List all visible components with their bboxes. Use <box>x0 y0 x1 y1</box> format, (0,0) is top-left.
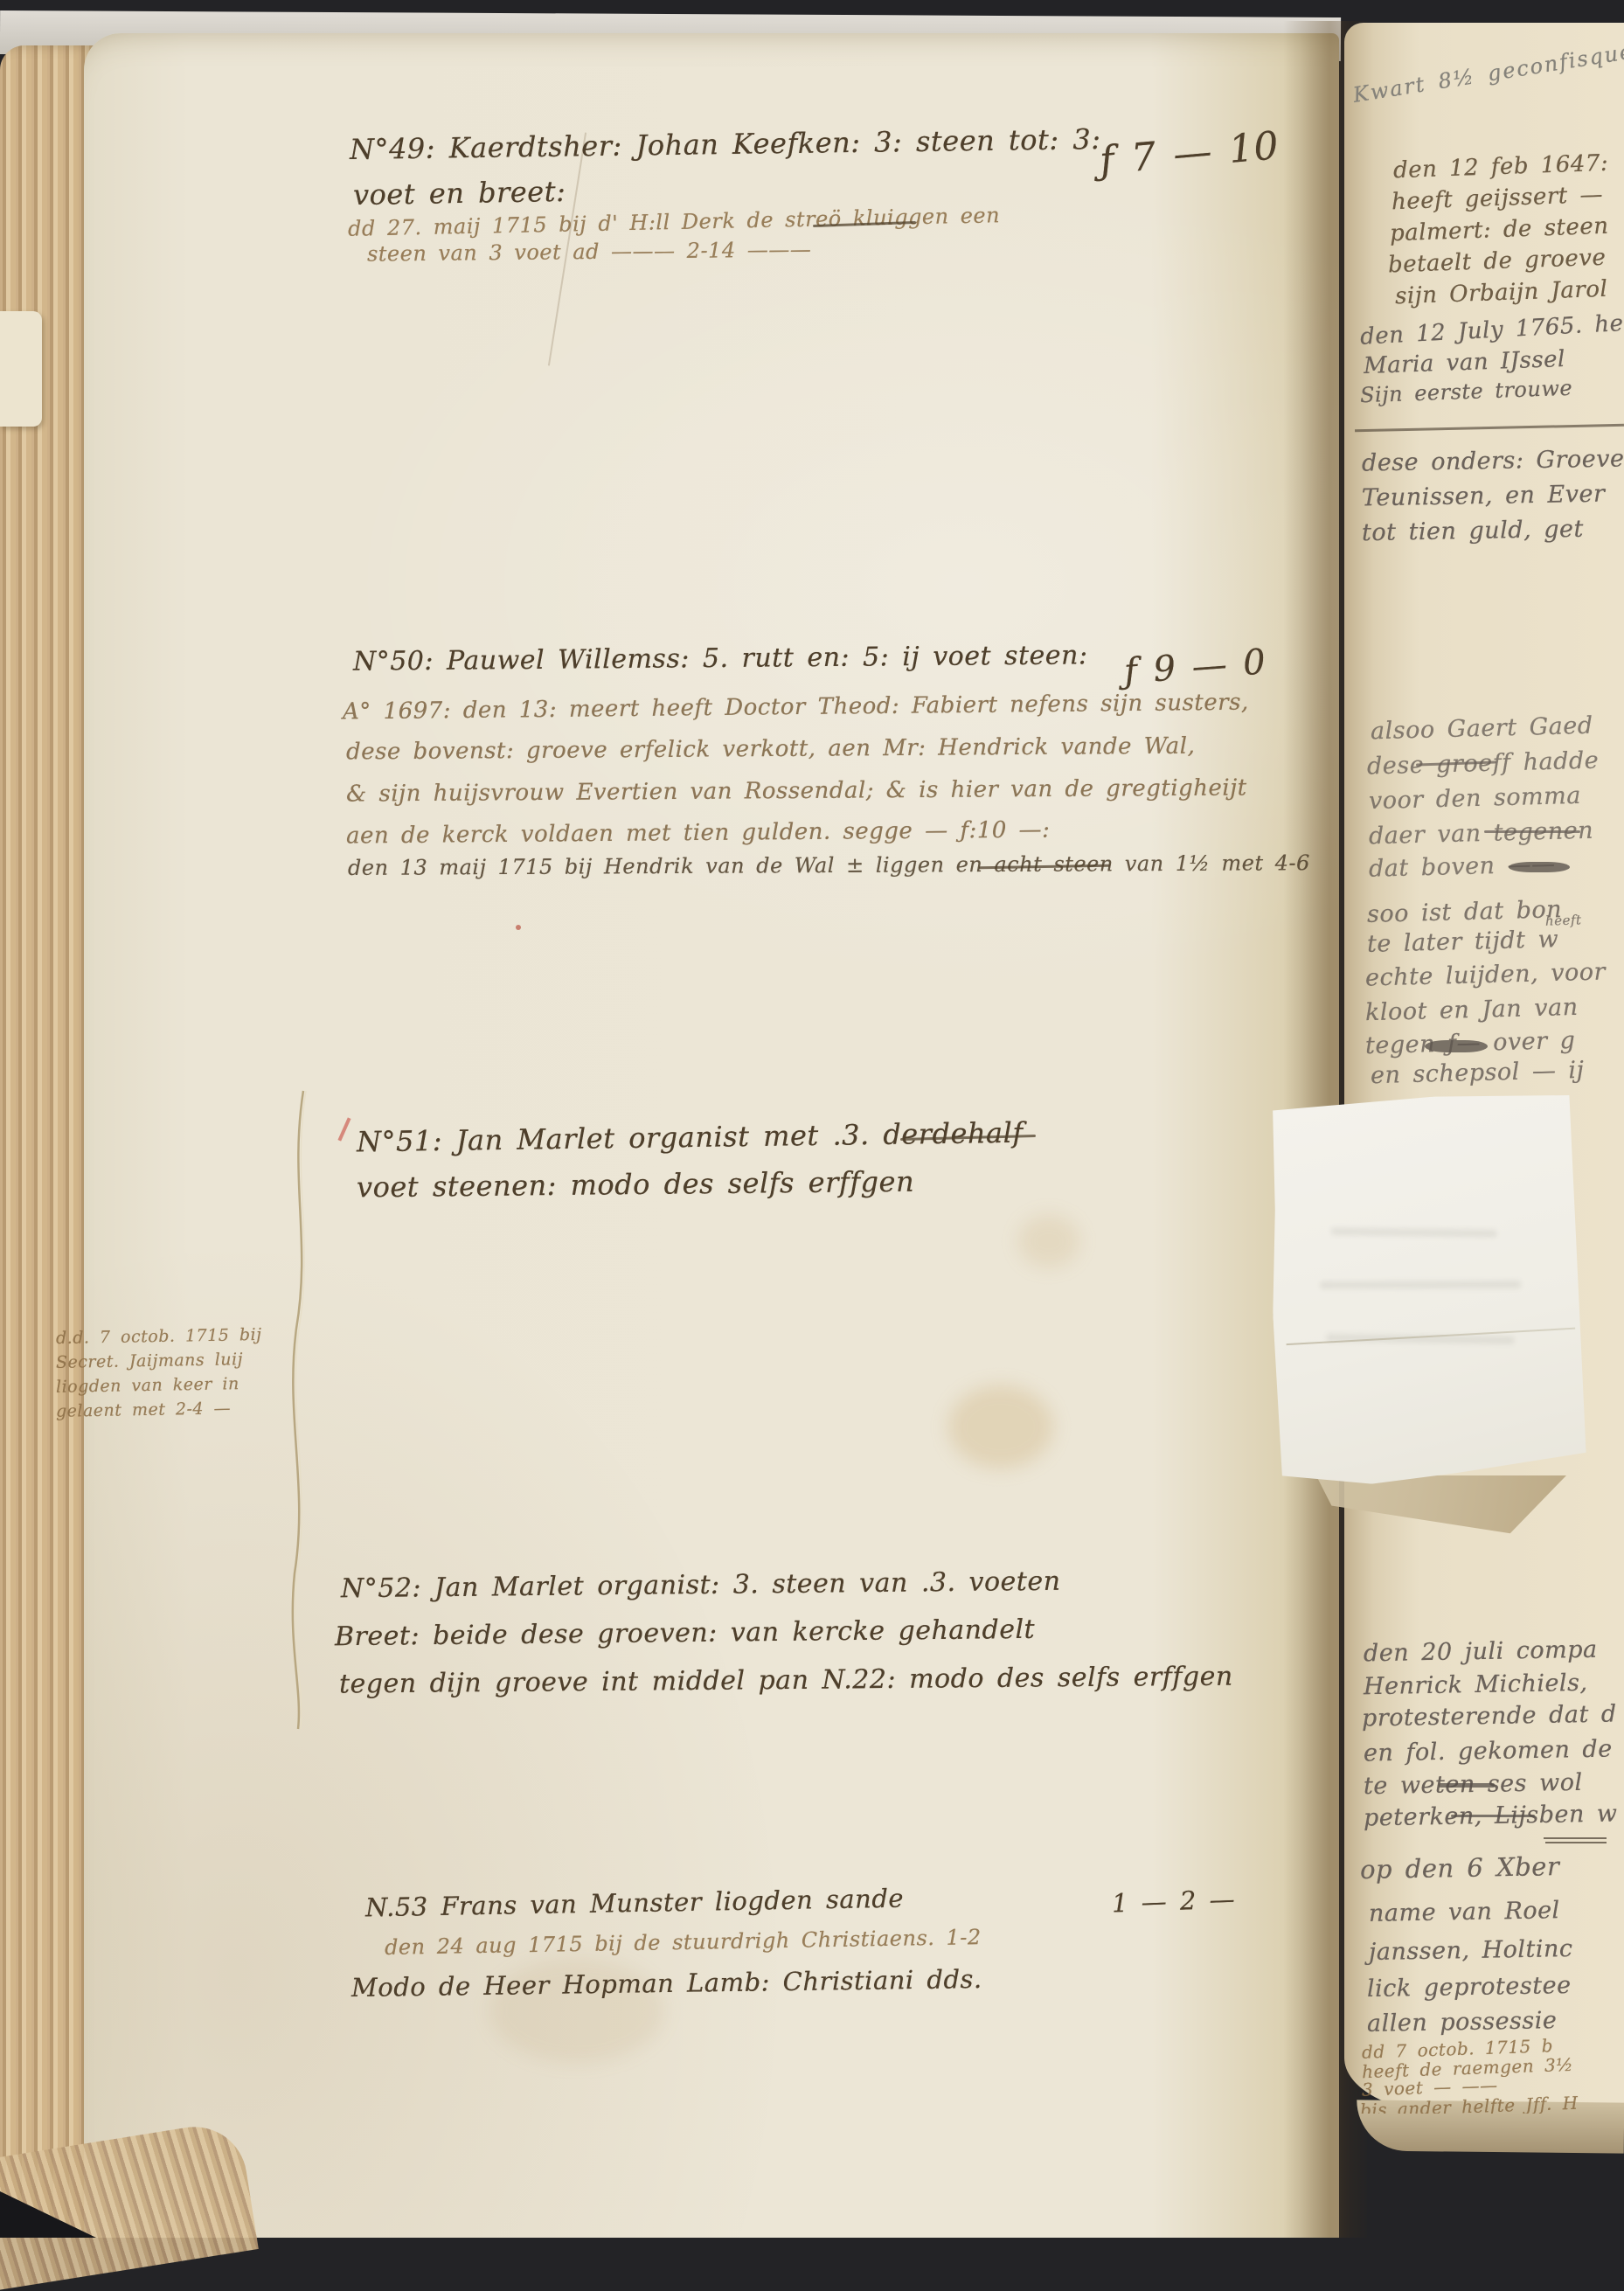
block-juli-line-4: en fol. gekomen de <box>1364 1736 1613 1767</box>
block-juli-line-2: Henrick Michiels, <box>1364 1670 1588 1700</box>
margin-note-line-1: d.d. 7 octob. 1715 bij <box>56 1325 262 1348</box>
strikethrough-mark <box>1484 830 1580 833</box>
strikethrough-mark <box>1439 1783 1495 1788</box>
block-juli-date-line: op den 6 Xber <box>1360 1851 1560 1885</box>
margin-note-line-2: Secret. Jaijmans luij <box>56 1350 243 1372</box>
block-name-line-1: name van Roel <box>1369 1897 1560 1927</box>
block-name-line-3: lick geprotestee <box>1367 1972 1572 2003</box>
entry-49-line-2: voet en breet: <box>353 175 566 212</box>
slip-showthrough-line <box>1331 1227 1497 1238</box>
block-1647-line-1: den 12 feb 1647: <box>1393 150 1609 184</box>
entry-49-note-2: steen van 3 voet ad ——— 2-14 ——— <box>367 237 812 266</box>
red-ink-dot <box>516 925 521 930</box>
block-gaert-line-6: soo ist dat bon <box>1367 896 1563 928</box>
strikethrough-mark <box>1451 1815 1535 1817</box>
margin-note-line-4: gelaent met 2-4 — <box>56 1399 231 1420</box>
block-name-line-4: allen possessie <box>1367 2007 1558 2038</box>
handwritten-divider-rule <box>1355 424 1624 432</box>
block-gaert-line-8: echte luijden, voor <box>1365 958 1607 991</box>
entry-50-line-1: N°50: Pauwel Willemss: 5. rutt en: 5: ij… <box>353 640 1088 677</box>
entry-50-note-1: den 13 maij 1715 bij Hendrik van de Wal … <box>348 850 1310 880</box>
ink-blot-strike <box>1509 862 1570 872</box>
block-1765-line-1: den 12 July 1765. hebb <box>1359 309 1624 351</box>
block-gaert-line-7: te later tijdt w <box>1367 926 1559 958</box>
block-name-line-2: janssen, Holtinc <box>1369 1935 1573 1966</box>
entry-53-amount: 1 — 2 — <box>1111 1885 1235 1919</box>
double-rule <box>1545 1842 1607 1843</box>
block-juli-line-1: den 20 juli compa <box>1364 1636 1598 1668</box>
block-juli-line-3: protesterende dat d <box>1362 1700 1617 1732</box>
block-1647-line-3: palmert: de steen <box>1390 213 1609 247</box>
entry-51-line-2: voet steenen: modo des selfs erffgen <box>357 1165 914 1205</box>
block-1765-line-3: Sijn eerste trouwe <box>1360 376 1573 407</box>
ink-blot-strike <box>1425 1040 1488 1052</box>
slip-showthrough-line <box>1320 1281 1521 1289</box>
block-1647-line-2: heeft geijssert — <box>1392 182 1604 215</box>
double-rule <box>1544 1837 1607 1839</box>
block-1765-line-2: Maria van IJssel <box>1364 346 1566 379</box>
pencil-note: Kwart 8½ geconfisqueerd <box>1351 32 1624 108</box>
block-gaert-line-9: kloot en Jan van <box>1365 994 1579 1026</box>
block-1647-line-4: betaelt de groeve <box>1388 245 1607 279</box>
block-1647-line-5: sijn Orbaijn Jarol <box>1395 276 1608 309</box>
block-ouders-line-1: dese onders: Groeve <box>1362 445 1624 476</box>
block-gaert-line-3: voor den somma <box>1369 782 1582 815</box>
block-gaert-line-11: en schepsol — ij <box>1371 1057 1585 1089</box>
right-page-text-layer: Kwart 8½ geconfisqueerd den 12 feb 1647:… <box>1344 23 1624 2114</box>
block-gaert-line-1: alsoo Gaert Gaed <box>1371 712 1593 746</box>
margin-note-line-3: liogden van keer in <box>56 1374 239 1397</box>
block-gaert-line-4: daer van tegenen <box>1369 817 1594 850</box>
block-ouders-line-3: tot tien guld, get <box>1362 516 1584 546</box>
inserted-paper-slip <box>1265 1091 1587 1487</box>
block-ouders-line-2: Teunissen, en Ever <box>1362 481 1606 512</box>
